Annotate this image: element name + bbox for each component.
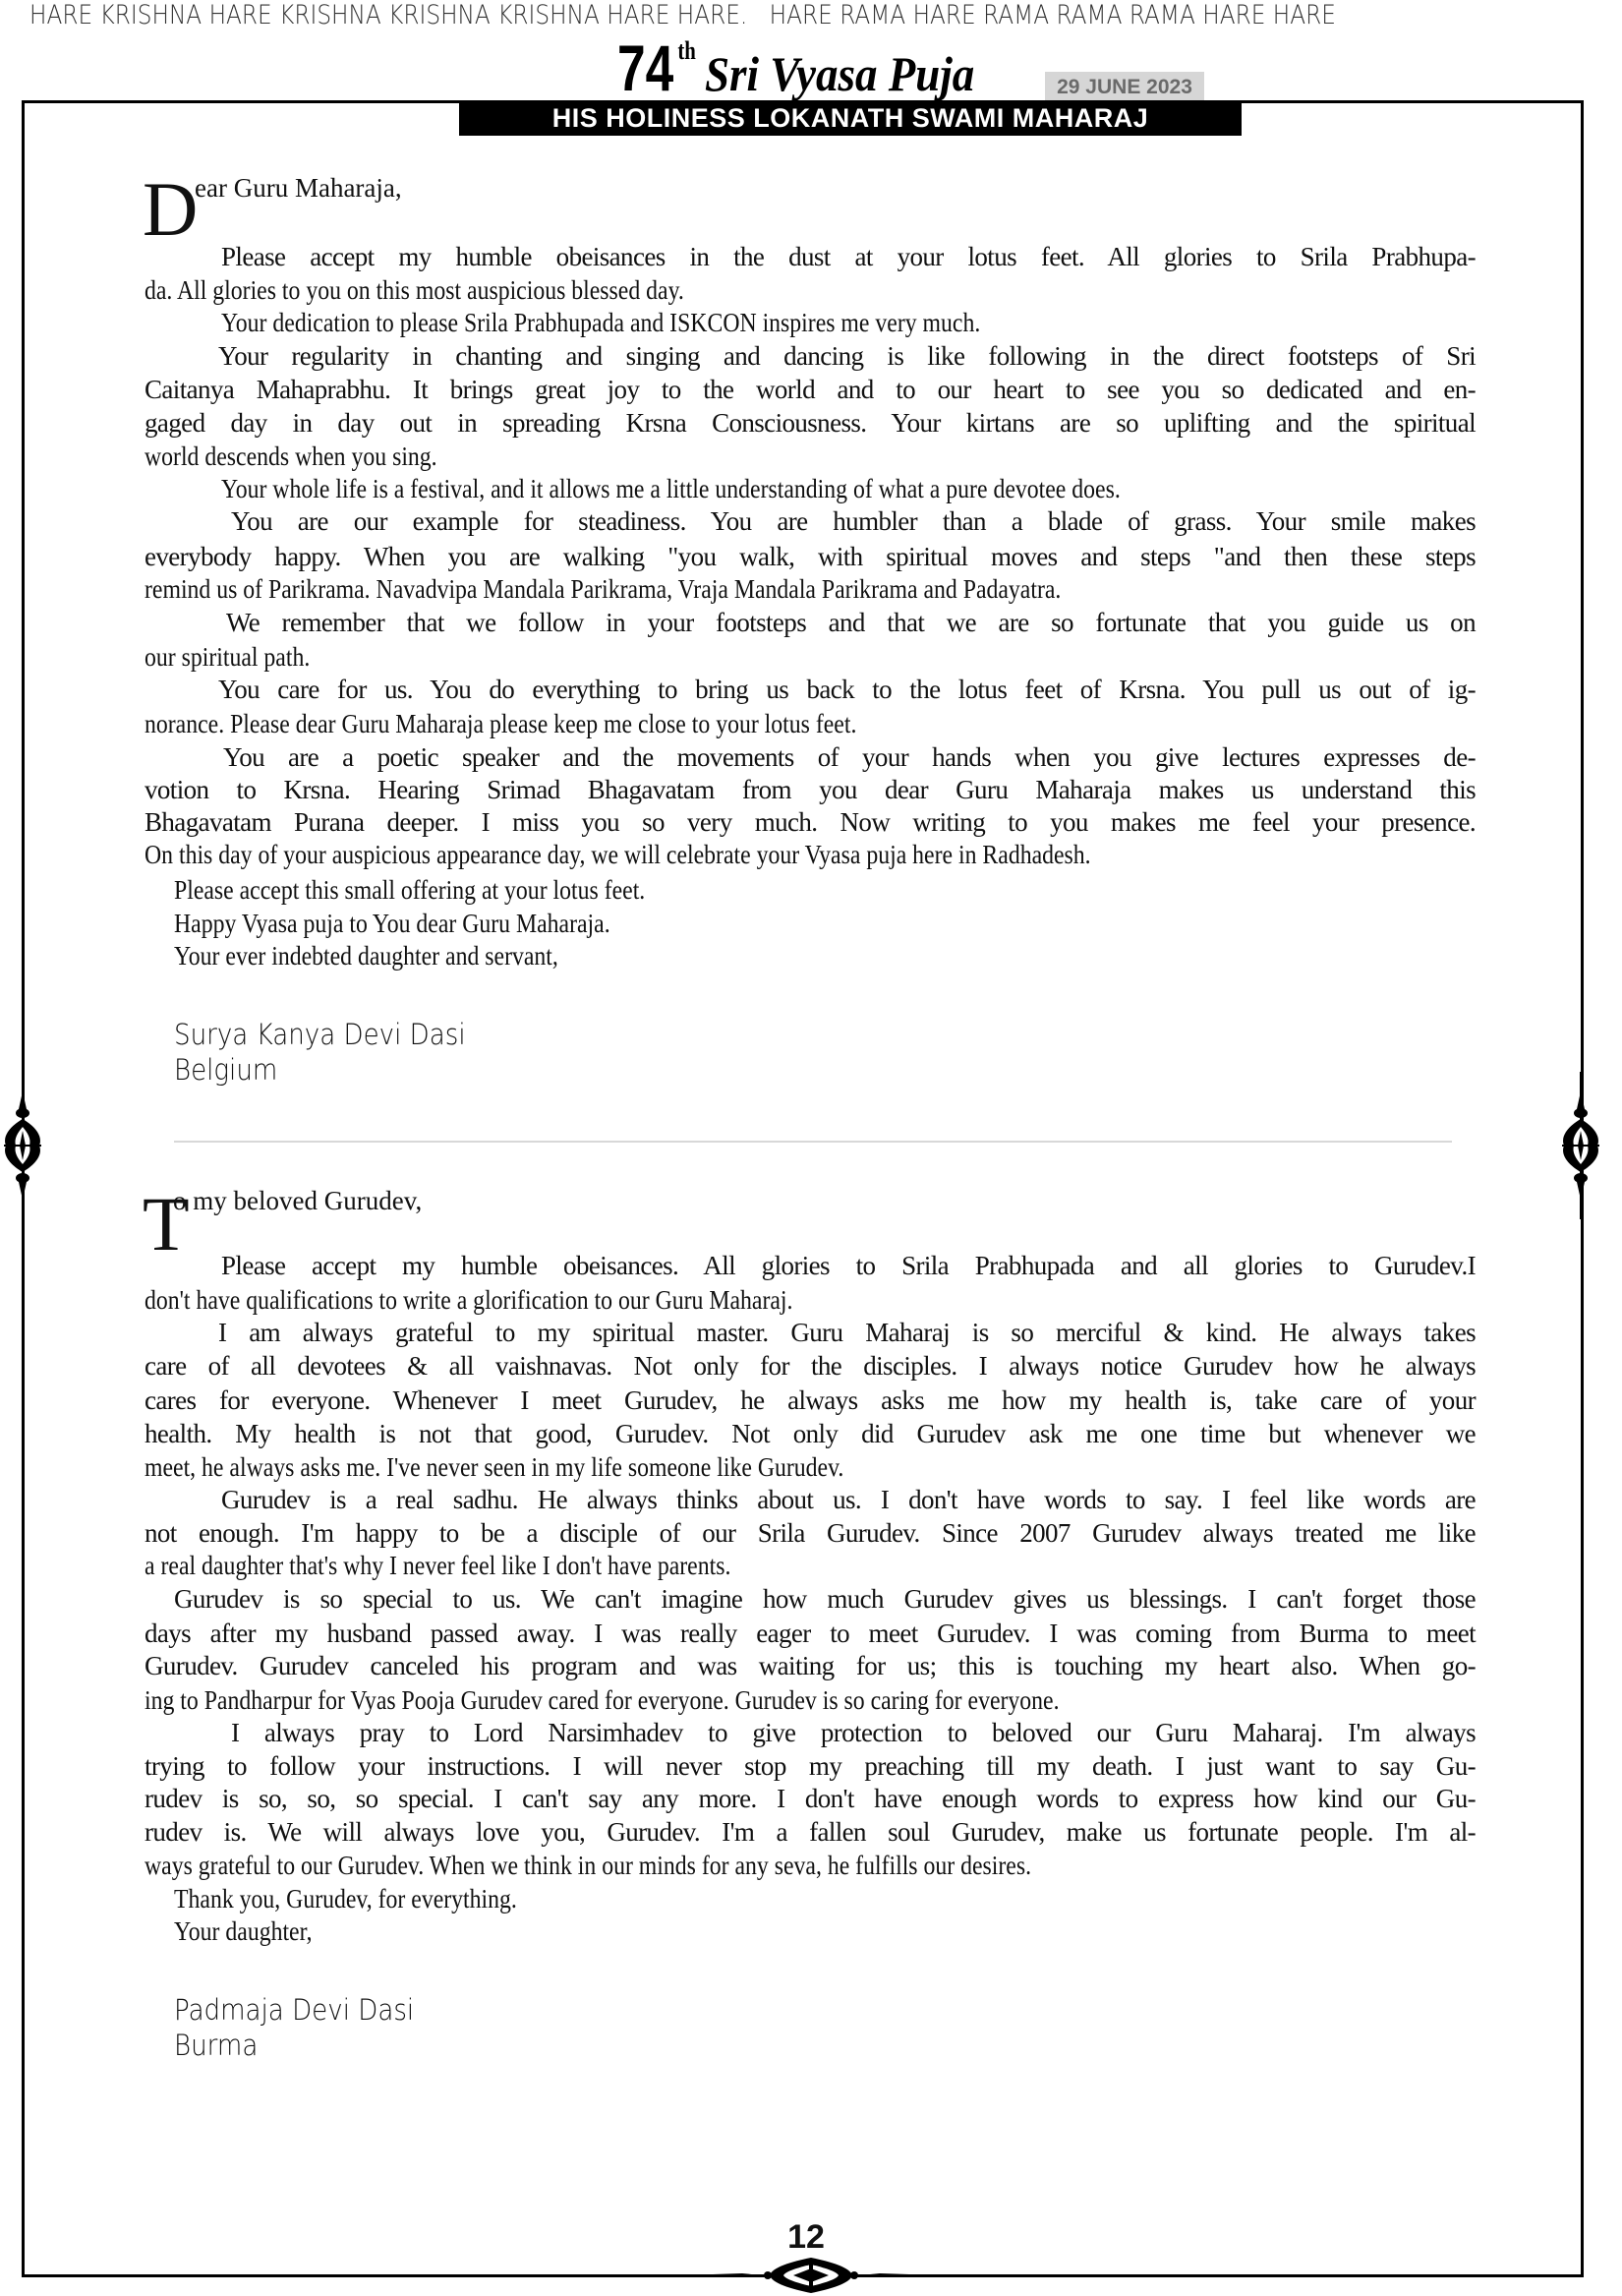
body-line: You are our example for steadiness. You … bbox=[231, 506, 1476, 536]
body-line: days after my husband passed away. I was… bbox=[145, 1619, 1476, 1648]
mantra-header: HARE KRISHNA HARE KRISHNA KRISHNA KRISHN… bbox=[29, 0, 1382, 30]
body-line: da. All glories to you on this most ausp… bbox=[145, 275, 1316, 305]
title-superscript: th bbox=[678, 36, 697, 66]
body-line: norance. Please dear Guru Maharaja pleas… bbox=[145, 709, 1316, 738]
salutation: ear Guru Maharaja, bbox=[195, 173, 1526, 203]
body-line: Gurudev is a real sadhu. He always think… bbox=[221, 1485, 1476, 1514]
header-banner: HIS HOLINESS LOKANATH SWAMI MAHARAJ bbox=[459, 100, 1242, 136]
body-line: I am always grateful to my spiritual mas… bbox=[218, 1318, 1476, 1347]
body-line: ing to Pandharpur for Vyas Pooja Gurudev… bbox=[145, 1685, 1316, 1715]
body-line: cares for everyone. Whenever I meet Guru… bbox=[145, 1385, 1476, 1415]
bottom-ornament-icon bbox=[683, 2254, 939, 2296]
signature-place: Belgium bbox=[174, 1054, 277, 1086]
body-line: meet, he always asks me. I've never seen… bbox=[145, 1452, 1316, 1482]
body-line: everybody happy. When you are walking "y… bbox=[145, 542, 1476, 571]
body-line: our spiritual path. bbox=[145, 642, 1316, 672]
body-line: Gurudev is so special to us. We can't im… bbox=[174, 1584, 1476, 1614]
date-badge: 29 JUNE 2023 bbox=[1045, 72, 1204, 103]
signature-name: Padmaja Devi Dasi bbox=[174, 1994, 414, 2026]
body-line: not enough. I'm happy to be a disciple o… bbox=[145, 1518, 1476, 1548]
signature-name: Surya Kanya Devi Dasi bbox=[174, 1019, 466, 1050]
left-ornament-icon bbox=[0, 1072, 45, 1219]
body-line: rudev is. We will always love you, Gurud… bbox=[145, 1817, 1476, 1847]
mantra-left: HARE KRISHNA HARE KRISHNA KRISHNA KRISHN… bbox=[29, 0, 747, 30]
body-line: votion to Krsna. Hearing Srimad Bhagavat… bbox=[145, 775, 1476, 804]
salutation: o my beloved Gurudev, bbox=[173, 1186, 1504, 1215]
body-line: Gurudev. Gurudev canceled his program an… bbox=[145, 1651, 1476, 1680]
body-line: Your dedication to please Srila Prabhupa… bbox=[221, 308, 1325, 337]
body-line: health. My health is not that good, Guru… bbox=[145, 1419, 1476, 1448]
body-line: Your whole life is a festival, and it al… bbox=[221, 474, 1325, 503]
body-line: world descends when you sing. bbox=[145, 442, 1316, 471]
body-line: Please accept my humble obeisances in th… bbox=[221, 242, 1476, 271]
body-line: Happy Vyasa puja to You dear Guru Mahara… bbox=[174, 909, 1319, 938]
body-line: Thank you, Gurudev, for everything. bbox=[174, 1884, 1319, 1913]
drop-cap: D bbox=[143, 175, 198, 244]
body-line: On this day of your auspicious appearanc… bbox=[145, 840, 1316, 869]
body-line: trying to follow your instructions. I wi… bbox=[145, 1751, 1476, 1781]
body-line: a real daughter that's why I never feel … bbox=[145, 1551, 1316, 1580]
body-line: Please accept my humble obeisances. All … bbox=[221, 1251, 1476, 1280]
body-line: Your ever indebted daughter and servant, bbox=[174, 941, 1319, 971]
body-line: don't have qualifications to write a glo… bbox=[145, 1285, 1316, 1315]
body-line: Bhagavatam Purana deeper. I miss you so … bbox=[145, 807, 1476, 837]
body-line: Your daughter, bbox=[174, 1916, 1319, 1946]
body-line: remind us of Parikrama. Navadvipa Mandal… bbox=[145, 574, 1316, 604]
right-ornament-icon bbox=[1558, 1072, 1603, 1219]
body-line: gaged day in day out in spreading Krsna … bbox=[145, 408, 1476, 438]
body-line: I always pray to Lord Narsimhadev to giv… bbox=[231, 1718, 1476, 1747]
mantra-right: HARE RAMA HARE RAMA RAMA RAMA HARE HARE bbox=[770, 0, 1336, 30]
body-line: rudev is so, so, so special. I can't say… bbox=[145, 1784, 1476, 1813]
body-line: You care for us. You do everything to br… bbox=[218, 675, 1476, 704]
body-line: Please accept this small offering at you… bbox=[174, 875, 1319, 905]
page-number: 12 bbox=[777, 2218, 836, 2257]
body-line: care of all devotees & all vaishnavas. N… bbox=[145, 1351, 1476, 1381]
body-line: You are a poetic speaker and the movemen… bbox=[223, 742, 1476, 772]
title-number: 74 bbox=[617, 35, 673, 100]
title-text: Sri Vyasa Puja bbox=[705, 45, 974, 102]
body-line: ways grateful to our Gurudev. When we th… bbox=[145, 1851, 1316, 1880]
page-title: 74thSri Vyasa Puja bbox=[617, 35, 1004, 102]
body-line: Your regularity in chanting and singing … bbox=[218, 341, 1476, 371]
section-divider bbox=[174, 1141, 1452, 1143]
body-line: We remember that we follow in your foots… bbox=[226, 608, 1476, 637]
signature-place: Burma bbox=[174, 2030, 258, 2061]
body-line: Caitanya Mahaprabhu. It brings great joy… bbox=[145, 375, 1476, 404]
